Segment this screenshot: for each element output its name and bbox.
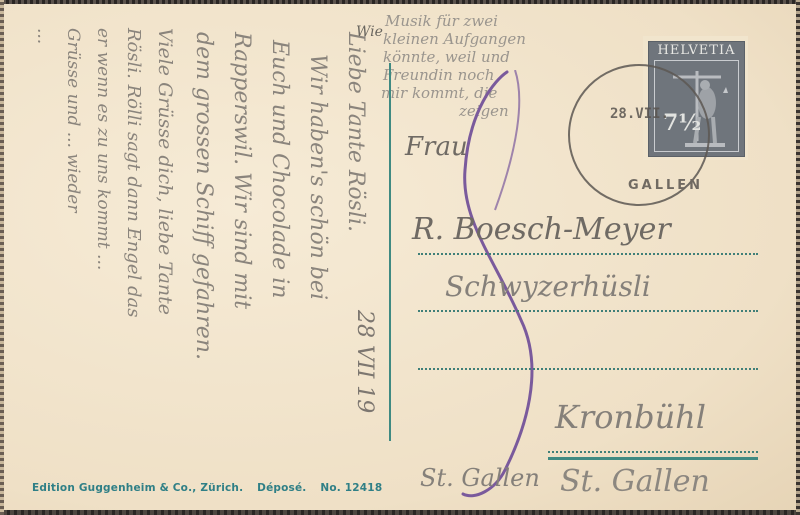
address-line-2 — [418, 310, 758, 312]
card-edge-bottom — [0, 510, 800, 515]
message-line: Euch und Chocolade in — [266, 40, 292, 298]
message-line: ... — [30, 28, 56, 44]
handwritten-message: Liebe Tante Rösli. Wir haben's schön bei… — [14, 14, 374, 474]
card-edge-top — [0, 0, 800, 4]
message-line: Liebe Tante Rösli. — [342, 32, 368, 232]
top-note-line: kleinen Aufgangen — [375, 30, 625, 48]
address-line-4 — [548, 451, 758, 453]
publisher-imprint: Edition Guggenheim & Co., Zürich. Déposé… — [32, 482, 392, 494]
imprint-publisher: Edition Guggenheim & Co., Zürich. — [32, 482, 243, 494]
address-line-3 — [418, 368, 758, 370]
imprint-depose: Déposé. — [257, 482, 306, 494]
message-line: Viele Grüsse dich, liebe Tante — [152, 28, 178, 315]
imprint-number: No. 12418 — [320, 482, 382, 494]
address-salutation: Frau — [405, 132, 468, 162]
message-date: 28 VII 19 — [352, 310, 377, 413]
postmark-city: GALLEN — [628, 178, 703, 193]
margin-word: Wie — [356, 24, 383, 40]
address-line-1 — [418, 253, 758, 255]
top-note-line: könnte, weil und — [375, 48, 625, 66]
message-line: Rapperswil. Wir sind mit — [228, 32, 254, 309]
message-line: Wir haben's schön bei — [304, 54, 330, 300]
message-line: er wenn es zu uns kommt ... — [90, 28, 116, 270]
message-address-divider — [389, 63, 391, 441]
top-note-line: Musik für zwei — [375, 12, 625, 30]
postcard: Liebe Tante Rösli. Wir haben's schön bei… — [0, 0, 800, 515]
address-house: Schwyzerhüsli — [445, 270, 651, 303]
message-line: dem grossen Schiff gefahren. — [190, 32, 216, 360]
address-underline — [548, 457, 758, 460]
card-edge-right — [796, 0, 800, 515]
stamp-country: HELVETIA — [649, 43, 744, 58]
postmark: 28.VII. GALLEN — [568, 64, 710, 206]
card-edge-left — [0, 0, 4, 515]
address-town: Kronbühl — [555, 398, 706, 436]
address-name: R. Boesch-Meyer — [412, 212, 671, 247]
address-region: St. Gallen — [560, 464, 710, 499]
postmark-date: 28.VII. — [610, 106, 669, 122]
message-line: Rösli. Rölli sagt dann Engel das — [120, 28, 146, 317]
address-region-prefix: St. Gallen — [420, 464, 540, 492]
message-line: Grüsse und ... wieder — [60, 28, 86, 213]
